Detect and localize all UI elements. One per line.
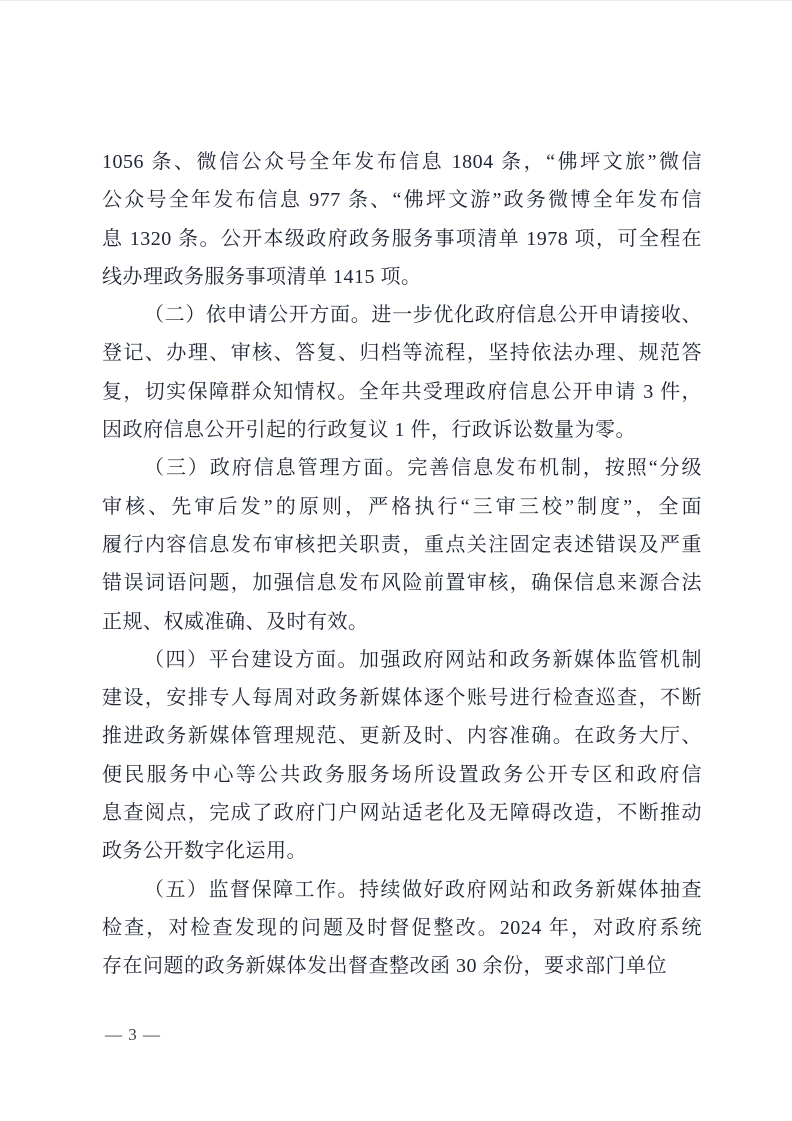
text-line: （二）依申请公开方面。进一步优化政府信息公开申请接收、 bbox=[102, 296, 702, 334]
text-line: （四）平台建设方面。加强政府网站和政务新媒体监管机制 bbox=[102, 641, 702, 679]
text-line: （五）监督保障工作。持续做好政府网站和政务新媒体抽查 bbox=[102, 871, 702, 909]
text-line: 复，切实保障群众知情权。全年共受理政府信息公开申请 3 件， bbox=[102, 373, 702, 411]
para-publication-counts: 1056 条、微信公众号全年发布信息 1804 条，“佛坪文旅”微信公众号全年发… bbox=[102, 143, 702, 296]
para-2-application-disclosure: （二）依申请公开方面。进一步优化政府信息公开申请接收、登记、办理、审核、答复、归… bbox=[102, 296, 702, 449]
text-line: 建设，安排专人每周对政务新媒体逐个账号进行检查巡查，不断 bbox=[102, 679, 702, 717]
text-line: 因政府信息公开引起的行政复议 1 件，行政诉讼数量为零。 bbox=[102, 411, 702, 449]
text-line: （三）政府信息管理方面。完善信息发布机制，按照“分级 bbox=[102, 449, 702, 487]
text-line: 检查，对检查发现的问题及时督促整改。2024 年，对政府系统 bbox=[102, 909, 702, 947]
text-line: 1056 条、微信公众号全年发布信息 1804 条，“佛坪文旅”微信 bbox=[102, 143, 702, 181]
text-line: 履行内容信息发布审核把关职责，重点关注固定表述错误及严重 bbox=[102, 526, 702, 564]
para-5-supervision-guarantee: （五）监督保障工作。持续做好政府网站和政务新媒体抽查检查，对检查发现的问题及时督… bbox=[102, 871, 702, 986]
text-line: 正规、权威准确、及时有效。 bbox=[102, 603, 702, 641]
text-line: 存在问题的政务新媒体发出督查整改函 30 余份，要求部门单位 bbox=[102, 947, 702, 985]
text-line: 错误词语问题，加强信息发布风险前置审核，确保信息来源合法 bbox=[102, 564, 702, 602]
text-line: 登记、办理、审核、答复、归档等流程，坚持依法办理、规范答 bbox=[102, 334, 702, 372]
text-line: 推进政务新媒体管理规范、更新及时、内容准确。在政务大厅、 bbox=[102, 717, 702, 755]
text-line: 息 1320 条。公开本级政府政务服务事项清单 1978 项，可全程在 bbox=[102, 220, 702, 258]
text-line: 息查阅点，完成了政府门户网站适老化及无障碍改造，不断推动 bbox=[102, 794, 702, 832]
text-line: 便民服务中心等公共政务服务场所设置政务公开专区和政府信 bbox=[102, 756, 702, 794]
document-body: 1056 条、微信公众号全年发布信息 1804 条，“佛坪文旅”微信公众号全年发… bbox=[102, 143, 702, 986]
text-line: 政务公开数字化运用。 bbox=[102, 832, 702, 870]
page-number: — 3 — bbox=[105, 1025, 161, 1045]
document-page: 1056 条、微信公众号全年发布信息 1804 条，“佛坪文旅”微信公众号全年发… bbox=[0, 0, 792, 1121]
para-3-information-management: （三）政府信息管理方面。完善信息发布机制，按照“分级审核、先审后发”的原则，严格… bbox=[102, 449, 702, 640]
text-line: 公众号全年发布信息 977 条、“佛坪文游”政务微博全年发布信 bbox=[102, 181, 702, 219]
text-line: 审核、先审后发”的原则，严格执行“三审三校”制度”，全面 bbox=[102, 488, 702, 526]
text-line: 线办理政务服务事项清单 1415 项。 bbox=[102, 258, 702, 296]
para-4-platform-construction: （四）平台建设方面。加强政府网站和政务新媒体监管机制建设，安排专人每周对政务新媒… bbox=[102, 641, 702, 871]
